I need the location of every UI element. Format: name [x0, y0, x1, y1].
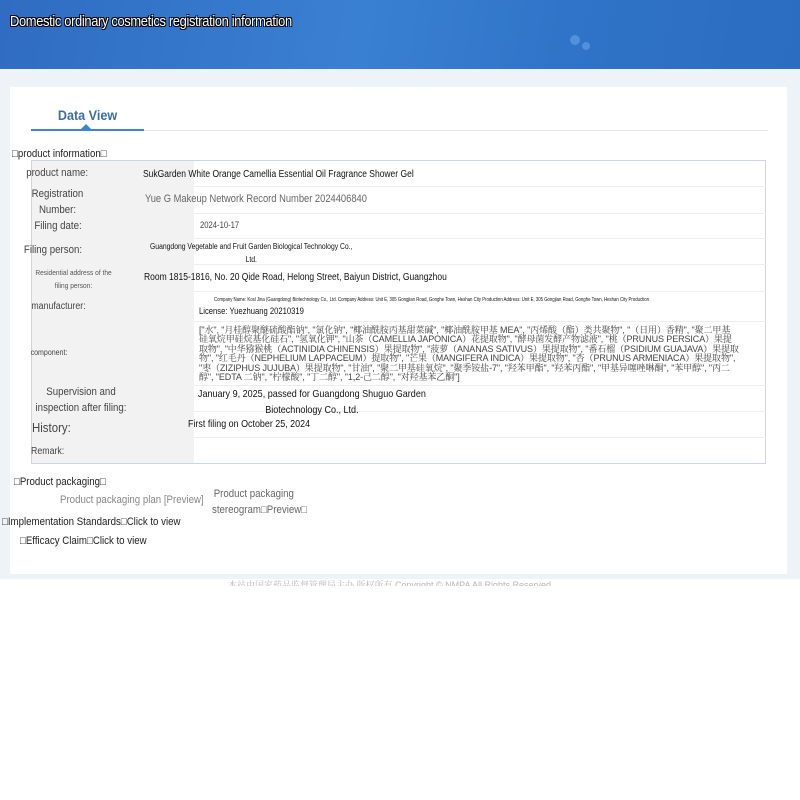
stereogram-link-line1[interactable]: Product packaging [212, 486, 296, 502]
row-divider [194, 213, 766, 214]
footer-copyright: 本站由国家药品监督管理局主办 版权所有 Copyright © NMPA All… [228, 578, 573, 586]
label-supervision: Supervision and inspection after filing: [29, 384, 133, 416]
value-residential-address: Room 1815-1816, No. 20 Qide Road, Helong… [144, 272, 447, 283]
label-residential-address: Residential address of the filing person… [32, 266, 116, 292]
page-title: Domestic ordinary cosmetics registration… [10, 13, 292, 30]
tab-caret-icon [81, 124, 91, 129]
row-divider [194, 321, 766, 322]
tab-data-view[interactable]: Data View [37, 107, 139, 123]
stereogram-link-line2[interactable]: stereogram□Preview□ [212, 502, 296, 518]
row-divider [194, 186, 766, 187]
efficacy-claim-link[interactable]: □Efficacy Claim□Click to view [20, 535, 147, 547]
value-manufacturer-license: License: Yuezhuang 20210319 [199, 306, 304, 316]
label-product-name: product name: [26, 167, 88, 179]
value-filing-date: 2024-10-17 [200, 220, 239, 230]
label-manufacturer: manufacturer: [30, 301, 87, 312]
tab-divider [144, 130, 768, 131]
banner-decoration [570, 35, 580, 45]
value-manufacturer: Company Name: Kosl Jina (Guangdong) Biot… [214, 297, 649, 303]
implementation-standards-link[interactable]: □Implementation Standards□Click to view [2, 516, 180, 528]
packaging-stereogram-preview-link[interactable]: Product packaging stereogram□Preview□ [212, 486, 296, 518]
label-component: component: [27, 348, 71, 357]
banner-decoration [582, 42, 590, 50]
value-product-name: SukGarden White Orange Camellia Essentia… [143, 169, 414, 180]
label-filing-person: Filing person: [22, 244, 84, 256]
packaging-plan-preview-link[interactable]: Product packaging plan [Preview] [60, 494, 204, 506]
value-component: ["水", "月桂醇聚醚硫酸酯钠", "氯化钠", "椰油酰胺丙基甜菜碱", "… [199, 326, 739, 382]
header-banner: Domestic ordinary cosmetics registration… [0, 0, 800, 69]
value-registration-number: Yue G Makeup Network Record Number 20244… [145, 193, 367, 205]
value-supervision: January 9, 2025, passed for Guangdong Sh… [170, 386, 454, 418]
label-history: History: [32, 420, 80, 435]
product-info-table [31, 160, 766, 464]
section-product-information: □product information□ [12, 148, 107, 160]
section-product-packaging: □Product packaging□ [14, 476, 106, 488]
row-divider [194, 291, 766, 292]
label-registration-number: Registration Number: [29, 186, 86, 218]
label-remark: Remark: [31, 446, 66, 457]
row-divider [194, 437, 766, 438]
label-filing-date: Filing date: [32, 220, 85, 232]
value-filing-person: Guangdong Vegetable and Fruit Garden Bio… [145, 240, 358, 266]
row-divider [194, 238, 766, 239]
value-history: First filing on October 25, 2024 [188, 418, 310, 430]
tab-active-indicator [31, 129, 144, 131]
